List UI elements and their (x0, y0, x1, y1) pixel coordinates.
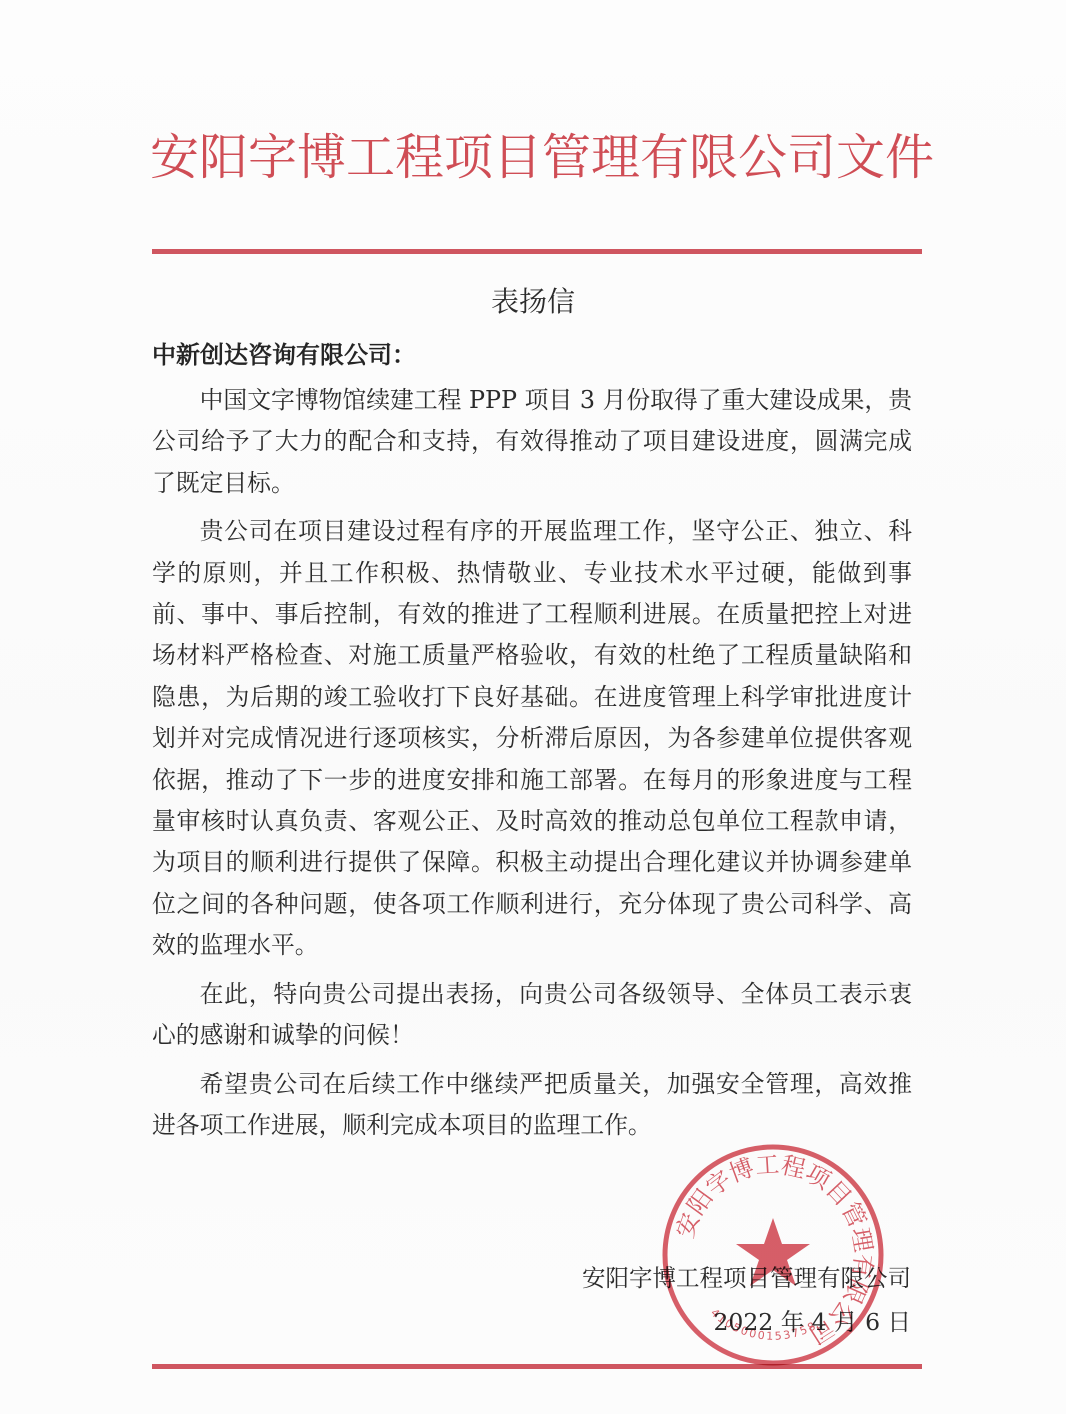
salutation: 中新创达咨询有限公司： (152, 333, 416, 377)
stamp-serial: 4105000153758 (708, 1306, 819, 1343)
letter-page: 安阳字博工程项目管理有限公司文件 表扬信 中新创达咨询有限公司： 中国文字博物馆… (0, 0, 1066, 1414)
header-divider (152, 249, 922, 254)
paragraph-2: 贵公司在项目建设过程有序的开展监理工作，坚守公正、独立、科学的原则，并且工作积极… (152, 511, 912, 966)
paragraph-4: 希望贵公司在后续工作中继续严把质量关，加强安全管理，高效推进各项工作进展，顺利完… (152, 1064, 912, 1147)
letter-body: 中国文字博物馆续建工程 PPP 项目 3 月份取得了重大建设成果，贵公司给予了大… (152, 380, 912, 1153)
letterhead-title: 安阳字博工程项目管理有限公司文件 (150, 118, 920, 198)
company-seal-stamp: 安阳字博工程项目管理有限公司 4105000153758 (658, 1140, 888, 1370)
paragraph-3: 在此，特向贵公司提出表扬，向贵公司各级领导、全体员工表示衷心的感谢和诚挚的问候！ (152, 974, 912, 1057)
document-title: 表扬信 (0, 280, 1066, 324)
paragraph-1: 中国文字博物馆续建工程 PPP 项目 3 月份取得了重大建设成果，贵公司给予了大… (152, 380, 912, 504)
star-icon (736, 1218, 810, 1286)
